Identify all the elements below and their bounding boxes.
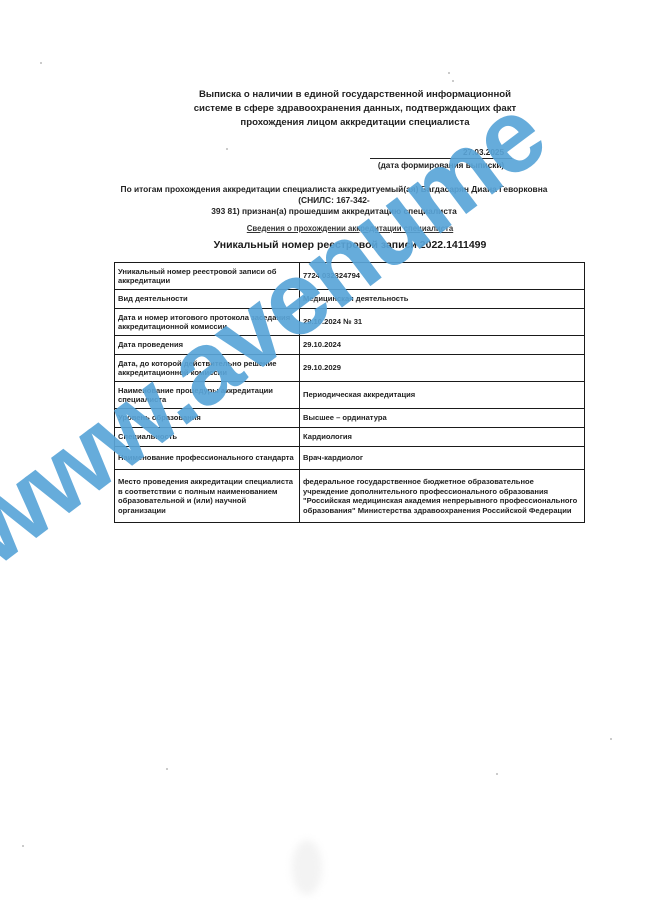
scan-speck [226,148,228,150]
table-row: Дата и номер итогового протокола заседан… [115,309,585,336]
scan-speck [22,845,24,847]
table-row: Дата, до которой действительно решение а… [115,355,585,382]
row-label: Уровень образования [115,409,300,428]
scan-speck [496,773,498,775]
row-label: Уникальный номер реестровой записи об ак… [115,263,300,290]
table-row: Вид деятельности Медицинская деятельност… [115,290,585,309]
table-row: Уровень образования Высшее – ординатура [115,409,585,428]
row-label: Вид деятельности [115,290,300,309]
table-row: Наименование профессионального стандарта… [115,447,585,470]
row-value: Высшее – ординатура [300,409,585,428]
accreditation-table: Уникальный номер реестровой записи об ак… [114,262,585,523]
row-value: Кардиология [300,428,585,447]
row-value: 29.10.2024 № 31 [300,309,585,336]
row-value: федеральное государственное бюджетное об… [300,470,585,523]
title-line: прохождения лицом аккредитации специалис… [150,116,560,130]
scan-speck [610,738,612,740]
formation-date: 27.03.2025 [370,148,512,158]
row-value: 29.10.2024 [300,336,585,355]
table-row: Место проведения аккредитации специалист… [115,470,585,523]
scan-speck [166,768,168,770]
row-label: Специальность [115,428,300,447]
title-line: Выписка о наличии в единой государственн… [150,88,560,102]
table-row: Уникальный номер реестровой записи об ак… [115,263,585,290]
row-label: Дата проведения [115,336,300,355]
row-label: Наименование процедуры аккредитации спец… [115,382,300,409]
row-value: Периодическая аккредитация [300,382,585,409]
table-row: Дата проведения 29.10.2024 [115,336,585,355]
row-label: Дата и номер итогового протокола заседан… [115,309,300,336]
document-title: Выписка о наличии в единой государственн… [150,88,560,130]
scan-speck [40,62,42,64]
row-label: Наименование профессионального стандарта [115,447,300,470]
row-value: 29.10.2029 [300,355,585,382]
document-page: Выписка о наличии в единой государственн… [0,0,646,900]
table-row: Наименование процедуры аккредитации спец… [115,382,585,409]
row-value: Медицинская деятельность [300,290,585,309]
formation-date-caption: (дата формирования выписки) [370,158,512,171]
scan-speck [452,80,454,82]
row-label: Место проведения аккредитации специалист… [115,470,300,523]
formation-date-block: 27.03.2025 (дата формирования выписки) [370,148,512,171]
intro-paragraph: По итогам прохождения аккредитации специ… [104,184,564,217]
intro-line: 393 81) признан(а) прошедшим аккредитаци… [104,206,564,217]
title-line: системе в сфере здравоохранения данных, … [150,102,560,116]
row-value: Врач-кардиолог [300,447,585,470]
row-label: Дата, до которой действительно решение а… [115,355,300,382]
section-heading: Сведения о прохождении аккредитации спец… [150,224,550,233]
intro-line: По итогам прохождения аккредитации специ… [104,184,564,206]
row-value: 7724 032324794 [300,263,585,290]
scan-speck [448,72,450,74]
table-row: Специальность Кардиология [115,428,585,447]
registry-number-heading: Уникальный номер реестровой записи 2022.… [150,239,550,251]
scan-smudge [292,840,322,895]
